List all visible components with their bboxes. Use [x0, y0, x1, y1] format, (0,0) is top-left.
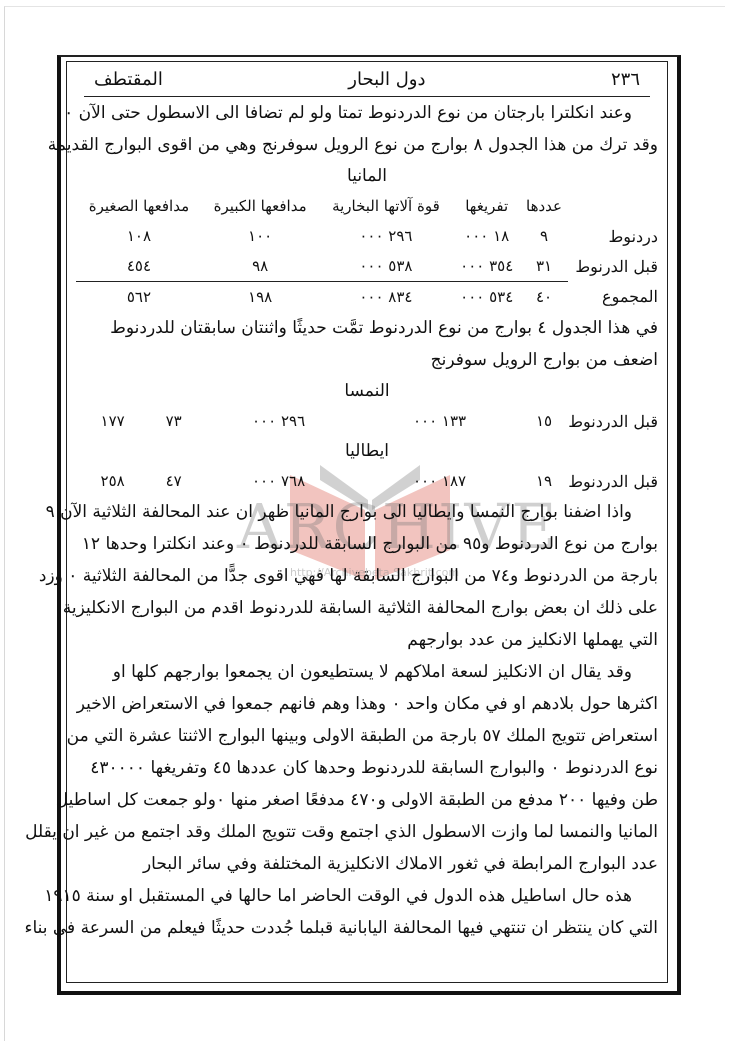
article-title: دول البحار [348, 69, 425, 90]
table-row: دردنوط ٩ ١٨ ٠٠٠ ٢٩٦ ٠٠٠ ١٠٠ ١٠٨ [76, 221, 658, 251]
col-horsepower: قوة آلاتها البخارية [318, 191, 453, 221]
paragraph-line: هذه حال اساطيل هذه الدول في الوقت الحاضر… [76, 880, 658, 912]
paragraph-line: التي كان ينتظر ان تنتهي فيها المحالفة ال… [76, 912, 658, 944]
paragraph-line: على ذلك ان بعض بوارج المحالفة الثلاثية ا… [76, 592, 658, 624]
paragraph-line: بوارج من نوع الدردنوط و٩٥ من البوارج الس… [76, 528, 658, 560]
table-total-row: المجموع ٤٠ ٥٣٤ ٠٠٠ ٨٣٤ ٠٠٠ ١٩٨ ٥٦٢ [76, 282, 658, 313]
austria-heading: النمسا [76, 376, 658, 406]
table-row: قبل الدردنوط ١٩ ١٨٧ ٠٠٠ ٧٦٨ ٠٠٠ ٤٧ ٢٥٨ [76, 466, 658, 496]
col-small-guns: مدافعها الصغيرة [76, 191, 202, 221]
germany-note-line-2: اضعف من بوارج الرويل سوفرنج [76, 344, 658, 376]
paragraph-line: عدد البوارج المرابطة في ثغور الاملاك الا… [76, 848, 658, 880]
germany-heading: المانيا [76, 161, 658, 191]
col-displacement: تفريغها [453, 191, 520, 221]
page-number: ٢٣٦ [611, 69, 640, 90]
paragraph-line: طن وفيها ٢٠٠ مدفع من الطبقة الاولى و٤٧٠ … [76, 784, 658, 816]
austria-table: قبل الدردنوط ١٥ ١٣٣ ٠٠٠ ٢٩٦ ٠٠٠ ٧٣ ١٧٧ [76, 406, 658, 436]
col-big-guns: مدافعها الكبيرة [202, 191, 319, 221]
paragraph-line: واذا اضفنا بوارج النمسا وايطاليا الى بوا… [76, 496, 658, 528]
paragraph-line: المانيا والنمسا لما وازت الاسطول الذي اج… [76, 816, 658, 848]
italy-heading: ايطاليا [76, 436, 658, 466]
germany-table: عددها تفريغها قوة آلاتها البخارية مدافعه… [76, 191, 658, 312]
page-content: ٢٣٦ دول البحار المقتطف وعند انكلترا بارج… [76, 62, 658, 944]
paragraph-line: استعراض تتويج الملك ٥٧ بارجة من الطبقة ا… [76, 720, 658, 752]
intro-line-2: وقد ترك من هذا الجدول ٨ بوارج من نوع الر… [76, 129, 658, 161]
paragraph-line: وقد يقال ان الانكليز لسعة املاكهم لا يست… [76, 656, 658, 688]
table-row: قبل الدردنوط ١٥ ١٣٣ ٠٠٠ ٢٩٦ ٠٠٠ ٧٣ ١٧٧ [76, 406, 658, 436]
paragraph-line: نوع الدردنوط ٠ والبوارج السابقة للدردنوط… [76, 752, 658, 784]
paragraph-line: التي يهملها الانكليز من عدد بوارجهم [76, 624, 658, 656]
paragraph-line: بارجة من الدردنوط و٧٤ من البوارج السابقة… [76, 560, 658, 592]
table-row: قبل الدرنوط ٣١ ٣٥٤ ٠٠٠ ٥٣٨ ٠٠٠ ٩٨ ٤٥٤ [76, 251, 658, 282]
journal-name: المقتطف [94, 69, 163, 90]
paragraph-line: اكثرها حول بلادهم او في مكان واحد ٠ وهذا… [76, 688, 658, 720]
italy-table: قبل الدردنوط ١٩ ١٨٧ ٠٠٠ ٧٦٨ ٠٠٠ ٤٧ ٢٥٨ [76, 466, 658, 496]
germany-note-line-1: في هذا الجدول ٤ بوارج من نوع الدردنوط تم… [76, 312, 658, 344]
intro-line-1: وعند انكلترا بارجتان من نوع الدردنوط تمت… [76, 97, 658, 129]
col-count: عددها [520, 191, 568, 221]
running-header: ٢٣٦ دول البحار المقتطف [84, 62, 650, 97]
table-header-row: عددها تفريغها قوة آلاتها البخارية مدافعه… [76, 191, 658, 221]
